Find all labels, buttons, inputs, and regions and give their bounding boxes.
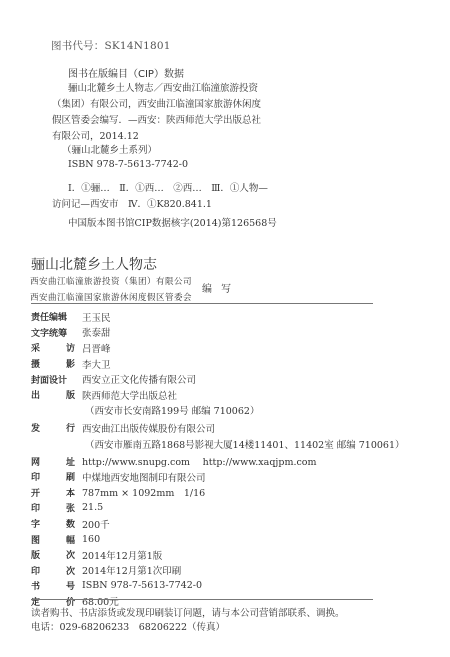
- credit-label: 网址: [31, 455, 79, 468]
- credit-value: 王玉民: [79, 310, 111, 324]
- credit-label: 封面设计: [31, 373, 79, 386]
- cip-heading: 图书在版编目（CIP）数据: [68, 65, 184, 80]
- credit-value: 陕西师范大学出版总社: [79, 388, 177, 402]
- credit-row-interview: 采访 吕晋峰: [31, 340, 405, 356]
- credit-value: 张泰甜: [79, 325, 111, 339]
- footer-phone: 电话：029-68206233 68206222（传真）: [31, 621, 345, 635]
- credit-row-text-coordination: 文字统筹 张泰甜: [31, 325, 405, 341]
- credit-row-printing: 印次 2014年12月第1次印刷: [31, 563, 405, 579]
- website-links[interactable]: http://www.snupg.com http://www.xaqjpm.c…: [79, 454, 317, 468]
- credit-row-printed-sheets: 印张 21.5: [31, 500, 405, 516]
- credit-row-publisher: 出版 陕西师范大学出版总社: [31, 387, 405, 403]
- author-line-0: 西安曲江临潼旅游投资（集团）有限公司: [30, 274, 192, 290]
- credit-value: 160: [79, 534, 100, 545]
- footer-notice: 读者购书、书店添货或发现印刷装订问题，请与本公司营销部联系、调换。: [31, 607, 345, 621]
- credit-label: 责任编辑: [31, 310, 79, 323]
- credit-label: 采访: [31, 341, 79, 354]
- credit-label: 书号: [31, 579, 79, 592]
- cip-isbn: ISBN 978-7-5613-7742-0: [68, 157, 188, 173]
- book-title: 骊山北麓乡土人物志: [31, 254, 157, 274]
- cip-classification-line-1: 访问记—西安市 Ⅳ．①K820.841.1: [52, 197, 212, 213]
- credit-value: 2014年12月第1次印刷: [79, 563, 181, 577]
- credits-table: 责任编辑 王玉民 文字统筹 张泰甜 采访 吕晋峰 摄影 李大卫 封面设计 西安立…: [31, 309, 405, 609]
- credit-value: 中煤地西安地图制印有限公司: [79, 470, 206, 484]
- credit-value: 787mm × 1092mm 1/16: [79, 485, 205, 499]
- credit-row-website: 网址 http://www.snupg.com http://www.xaqjp…: [31, 453, 405, 469]
- credit-row-isbn: 书号 ISBN 978-7-5613-7742-0: [31, 578, 405, 594]
- top-divider: [31, 303, 373, 304]
- credit-value: ISBN 978-7-5613-7742-0: [79, 580, 202, 591]
- credit-row-cover-design: 封面设计 西安立正文化传播有限公司: [31, 371, 405, 387]
- credit-label: 印刷: [31, 470, 79, 483]
- credit-row-edition: 版次 2014年12月第1版: [31, 547, 405, 563]
- credit-value: 西安曲江出版传媒股份有限公司: [79, 421, 215, 435]
- credit-value: 21.5: [79, 502, 103, 513]
- credit-row-photography: 摄影 李大卫: [31, 356, 405, 372]
- credit-row-distributor: 发行 西安曲江出版传媒股份有限公司: [31, 420, 405, 436]
- credit-label: 出版: [31, 388, 79, 401]
- credit-label: 摄影: [31, 357, 79, 370]
- credit-label: 字数: [31, 517, 79, 530]
- credit-value: 李大卫: [79, 357, 111, 371]
- cip-classification-line-0: Ⅰ．①骊… Ⅱ．①西… ②西… Ⅲ．①人物—: [68, 181, 268, 197]
- credit-row-illustrations: 图幅 160: [31, 531, 405, 547]
- credit-value: 2014年12月第1版: [79, 548, 162, 562]
- footer-note: 读者购书、书店添货或发现印刷装订问题，请与本公司营销部联系、调换。 电话：029…: [31, 607, 345, 635]
- credit-row-editor: 责任编辑 王玉民: [31, 309, 405, 325]
- credit-label: 图幅: [31, 533, 79, 546]
- cip-record-line-1: （集团）有限公司，西安曲江临潼国家旅游休闲度: [52, 97, 261, 113]
- credit-row-word-count: 字数 200千: [31, 516, 405, 532]
- bottom-divider: [31, 599, 373, 600]
- credit-label: 版次: [31, 548, 79, 561]
- credit-label: 印次: [31, 564, 79, 577]
- cip-number: 中国版本图书馆CIP数据核字(2014)第126568号: [68, 215, 277, 229]
- distributor-address: （西安市雁南五路1868号影视大厦14楼11401、11402室 邮编 7100…: [31, 436, 405, 452]
- credit-label: 印张: [31, 501, 79, 514]
- credit-row-format: 开本 787mm × 1092mm 1/16: [31, 485, 405, 501]
- credit-label: 文字统筹: [31, 326, 79, 339]
- credit-row-printer: 印刷 中煤地西安地图制印有限公司: [31, 469, 405, 485]
- credit-label: 开本: [31, 486, 79, 499]
- credit-value: 200千: [79, 517, 110, 531]
- cip-record-line-2: 假区管委会编写．—西安：陕西师范大学出版总社: [52, 113, 261, 129]
- cip-record-line-0: 骊山北麓乡土人物志／西安曲江临潼旅游投资: [68, 81, 258, 97]
- author-list: 西安曲江临潼旅游投资（集团）有限公司 西安曲江临潼国家旅游休闲度假区管委会: [30, 274, 192, 306]
- publisher-address: （西安市长安南路199号 邮编 710062）: [31, 403, 405, 419]
- credit-value: 吕晋峰: [79, 341, 111, 355]
- book-code: 图书代号：SK14N1801: [51, 38, 171, 53]
- credit-value: 西安立正文化传播有限公司: [79, 372, 196, 386]
- credit-label: 发行: [31, 421, 79, 434]
- author-role: 编 写: [202, 280, 234, 295]
